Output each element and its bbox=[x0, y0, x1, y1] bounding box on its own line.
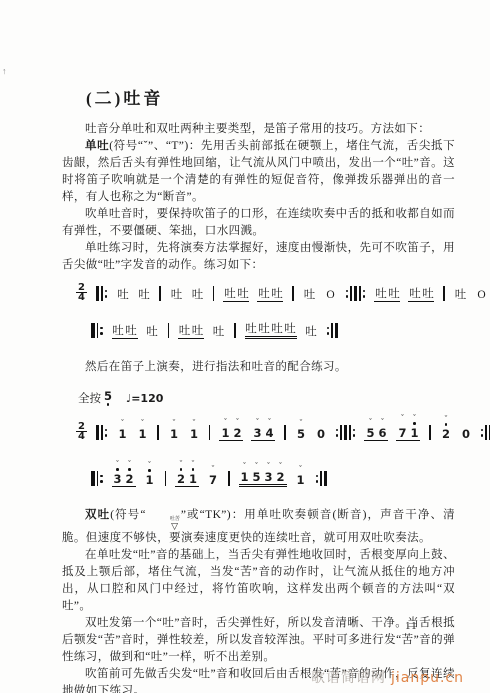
barline-bar bbox=[227, 471, 231, 486]
page-number: 11 bbox=[405, 620, 418, 632]
music-note: ˇ7 bbox=[207, 466, 219, 487]
barline-bar bbox=[156, 425, 160, 440]
text-run: 在单吐发“吐”音的基础上，当舌尖有弹性地收回时，舌根变厚向上鼓、抵及上颚后部，堵… bbox=[62, 549, 455, 612]
music-note: 吐吐 bbox=[112, 324, 138, 339]
barline-close bbox=[315, 471, 329, 486]
text-run: 然后在笛子上演奏，进行指法和吐音的配合练习。 bbox=[85, 361, 347, 373]
barline-open bbox=[90, 323, 104, 338]
barline-open bbox=[95, 425, 109, 440]
notation-exercise-1: 24吐吐吐吐吐吐吐吐吐O吐吐吐吐吐O 吐吐吐吐吐吐吐吐吐吐吐 bbox=[76, 283, 455, 339]
paragraph-practice-intro: 单吐练习时，先将演奏方法掌握好，速度由慢渐快，先可不吹笛子，用舌尖做“吐”字发音… bbox=[62, 240, 455, 274]
music-note: 吐 bbox=[116, 288, 129, 302]
text-run: 单吐练习时，先将演奏方法掌握好，速度由慢渐快，先可不吹笛子，用舌尖做“吐”字发音… bbox=[62, 242, 455, 271]
key-note-number: 5 bbox=[104, 390, 112, 402]
margin-artifact: ↑ bbox=[2, 66, 7, 76]
time-signature: 24 bbox=[76, 422, 87, 441]
barline-bar bbox=[283, 425, 287, 440]
barline-close bbox=[480, 425, 490, 440]
paragraph-double-tongue-method: 在单吐发“吐”音的基础上，当舌尖有弹性地收回时，舌根变厚向上鼓、抵及上颚后部，堵… bbox=[62, 547, 455, 615]
music-note: 吐吐 bbox=[257, 287, 283, 302]
notation-line-3: 24ˇ1ˇ1ˇ1ˇ1ˇˇ12ˇˇ34ˇ50ˇˇ56ˇˇ71ˇ20 bbox=[76, 415, 455, 441]
text-run: 吐音分单吐和双吐两种主要类型，是笛子常用的技巧。方法如下： bbox=[85, 123, 430, 135]
barline-bar bbox=[164, 471, 168, 486]
notation-line-1: 24吐吐吐吐吐吐吐吐吐O吐吐吐吐吐O bbox=[76, 283, 455, 302]
notation-line-2: 吐吐吐吐吐吐吐吐吐吐吐 bbox=[86, 322, 455, 339]
low-octave-dot bbox=[107, 403, 110, 406]
music-note: 吐吐 bbox=[223, 287, 249, 302]
watermark-site-name: 歌谱简谱网 bbox=[311, 670, 386, 686]
music-note: ˇˇ12 bbox=[219, 419, 243, 441]
paragraph-double-tongue-quality: 双吐发第一个“吐”音时，舌尖弹性好，所以发音清晰、干净。当舌根抵后颚发“苦”音时… bbox=[62, 615, 455, 666]
music-note: 吐 bbox=[137, 288, 150, 302]
notation-exercise-2: 24ˇ1ˇ1ˇ1ˇ1ˇˇ12ˇˇ34ˇ50ˇˇ56ˇˇ71ˇ20 ˇˇ32ˇ1ˇ… bbox=[76, 415, 455, 487]
barline-bar bbox=[158, 286, 162, 301]
book-page: ↑ (二)吐音 吐音分单吐和双吐两种主要类型，是笛子常用的技巧。方法如下： 单吐… bbox=[0, 0, 490, 693]
music-note: ˇ1 bbox=[136, 420, 148, 441]
music-note: 吐 bbox=[305, 325, 318, 339]
fingering-key-note: 5 bbox=[104, 390, 112, 406]
music-note: ˇˇ56 bbox=[364, 419, 388, 441]
music-note: 0 bbox=[315, 427, 327, 441]
paragraph-intro: 吐音分单吐和双吐两种主要类型，是笛子常用的技巧。方法如下： bbox=[62, 121, 455, 138]
music-note: ˇˇ21 bbox=[175, 461, 199, 487]
double-tongue-symbol: 吐苦▽ bbox=[147, 517, 180, 530]
music-note: 吐吐 bbox=[408, 287, 434, 302]
music-note: ˇ1 bbox=[188, 420, 200, 441]
barline-bar bbox=[208, 425, 212, 440]
barline-close bbox=[326, 323, 340, 338]
music-note: ˇ5 bbox=[295, 420, 307, 441]
text-run: (符号“ bbox=[110, 509, 146, 521]
term-lead: 双吐 bbox=[85, 509, 110, 521]
barline-bar bbox=[167, 323, 171, 338]
paragraph-single-tongue: 单吐(符号“ˇ”、“T”)：先用舌头前部抵在硬颚上，堵住气流，舌尖抵下齿龈，然后… bbox=[62, 138, 455, 206]
music-note: ˇˇ34 bbox=[251, 419, 275, 441]
tempo-marking: ♩=120 bbox=[126, 392, 163, 405]
watermark: 歌谱简谱网jianpu.cn bbox=[311, 667, 464, 687]
music-note: 吐吐 bbox=[178, 324, 204, 339]
notation-line-4: ˇˇ32ˇ1ˇˇ21ˇ7ˇˇˇˇ1532ˇ1 bbox=[86, 461, 455, 487]
music-note: 吐 bbox=[454, 288, 467, 302]
music-note: 吐吐吐吐 bbox=[245, 322, 297, 339]
text-column: (二)吐音 吐音分单吐和双吐两种主要类型，是笛子常用的技巧。方法如下： 单吐(符… bbox=[62, 84, 455, 693]
tempo-value: =120 bbox=[131, 392, 163, 405]
watermark-site-url: jianpu.cn bbox=[391, 670, 464, 686]
barline-bar bbox=[212, 286, 216, 301]
paragraph-double-tongue: 双吐(符号“吐苦▽”或“TK”)：用单吐吹奏顿音(断音)，声音干净、清脆。但速度… bbox=[62, 507, 455, 547]
music-note: 吐 bbox=[170, 288, 183, 302]
music-note: ˇˇˇˇ1532 bbox=[239, 463, 287, 487]
text-run: 吹单吐音时，要保持吹笛子的口形，在连续吹奏中舌的抵和收都自如而有弹性，不要僵硬、… bbox=[62, 208, 455, 237]
music-note: 0 bbox=[460, 427, 472, 441]
fingering-key-label: 全按 bbox=[78, 390, 101, 406]
barline-dbl bbox=[335, 425, 357, 440]
barline-bar bbox=[442, 286, 446, 301]
key-tempo-line: 全按 5 ♩=120 bbox=[78, 390, 455, 406]
time-signature: 24 bbox=[76, 283, 87, 302]
term-lead: 单吐 bbox=[85, 140, 109, 152]
barline-bar bbox=[428, 425, 432, 440]
barline-dbl bbox=[345, 286, 367, 301]
music-note: ˇ1 bbox=[116, 420, 128, 441]
music-note: 吐 bbox=[191, 288, 204, 302]
barline-open bbox=[95, 286, 109, 301]
music-note: O bbox=[324, 288, 337, 302]
music-note: O bbox=[475, 288, 488, 302]
music-note: 吐 bbox=[146, 325, 159, 339]
music-note: ˇ1 bbox=[144, 462, 156, 487]
text-run: (符号“ˇ”、“T”)：先用舌头前部抵在硬颚上，堵住气流，舌尖抵下齿龈，然后舌头… bbox=[62, 140, 455, 203]
barline-bar bbox=[291, 286, 295, 301]
text-run: 双吐发第一个“吐”音时，舌尖弹性好，所以发音清晰、干净。当舌根抵后颚发“苦”音时… bbox=[62, 617, 455, 663]
barline-open bbox=[90, 471, 104, 486]
music-note: ˇ1 bbox=[295, 466, 307, 487]
music-note: 吐 bbox=[212, 325, 225, 339]
music-note: 吐吐 bbox=[374, 287, 400, 302]
music-note: ˇˇ71 bbox=[396, 415, 420, 441]
music-note: 吐 bbox=[303, 288, 316, 302]
paragraph-single-tongue-tips: 吹单吐音时，要保持吹笛子的口形，在连续吹奏中舌的抵和收都自如而有弹性，不要僵硬、… bbox=[62, 206, 455, 240]
barline-bar bbox=[233, 323, 237, 338]
paragraph-flute-practice: 然后在笛子上演奏，进行指法和吐音的配合练习。 bbox=[62, 359, 455, 376]
music-note: ˇ1 bbox=[168, 420, 180, 441]
music-note: ˇˇ32 bbox=[112, 461, 136, 487]
section-title: (二)吐音 bbox=[86, 84, 455, 109]
music-note: ˇ2 bbox=[440, 416, 452, 441]
